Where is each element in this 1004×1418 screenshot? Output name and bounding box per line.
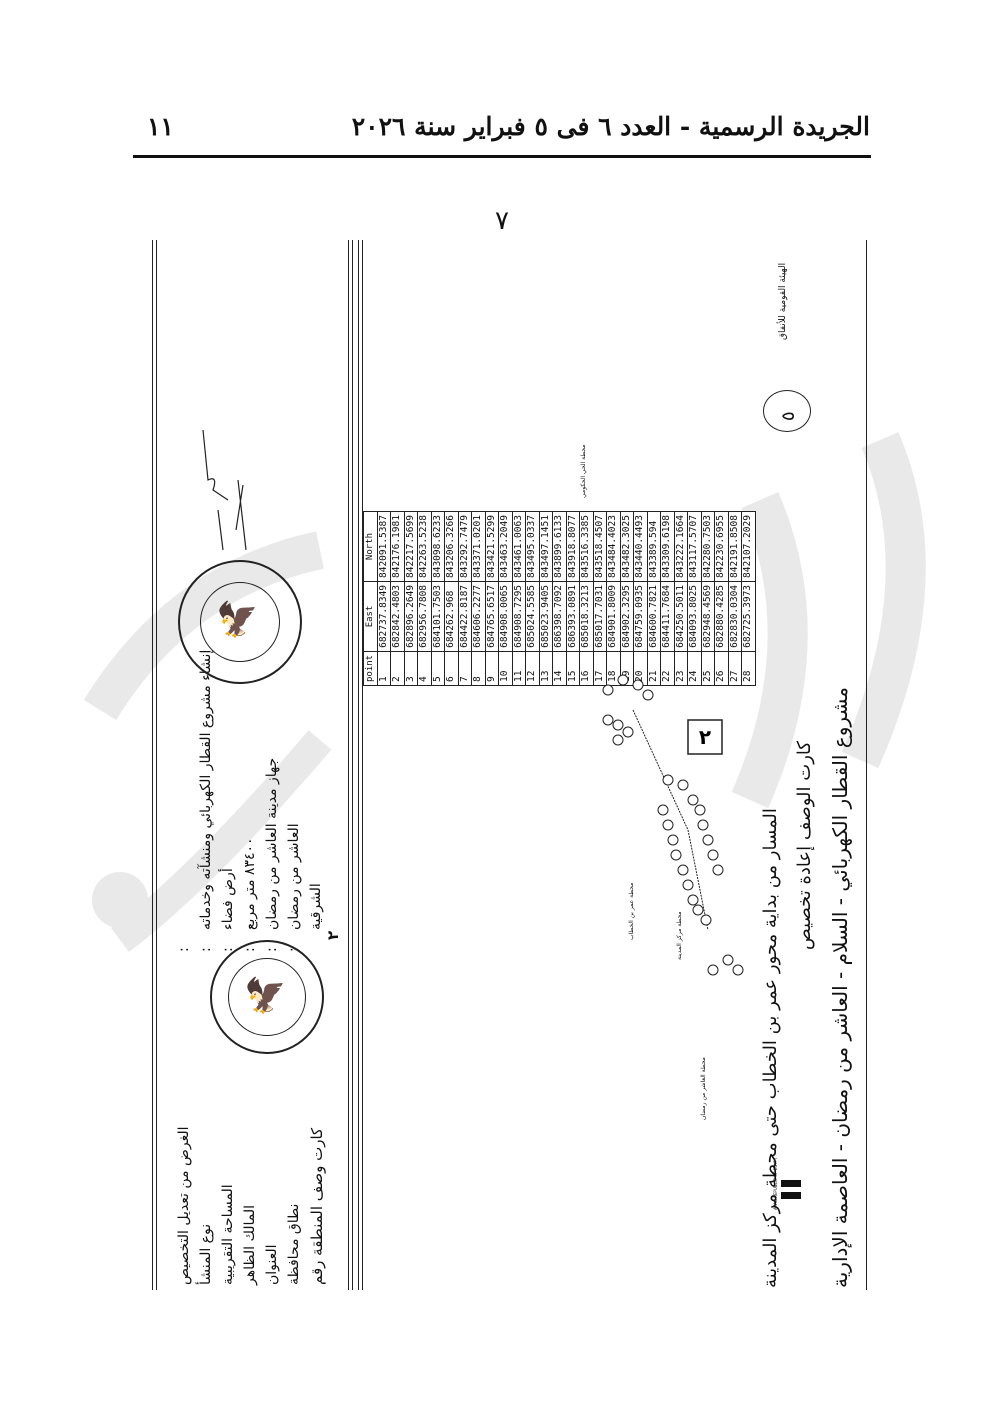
page-number: ١١ [147,112,174,141]
table-cell: 686393.0891 [566,581,580,651]
table-cell: 684262.968 [445,581,459,651]
table-cell: 682737.8349 [377,581,391,651]
table-cell: 843292.7479 [458,512,472,582]
table-cell: 684901.8009 [607,581,621,651]
signature [188,420,268,560]
table-cell: 684600.7821 [647,581,661,651]
card-field-value: الشرقية [308,883,324,930]
table-cell: 842176.1981 [391,512,405,582]
frame-line [348,240,349,1290]
table-cell: 684606.2277 [472,581,486,651]
table-cell: 843899.6133 [553,512,567,582]
table-cell: 684411.7684 [661,581,675,651]
card-field-value: إنشاء مشروع القطار الكهربائي ومنشآته وخد… [198,650,214,930]
table-cell: 842191.8508 [728,512,742,582]
frame-line [358,240,359,1290]
card-field-separator: : [198,947,214,952]
card-field-value: جهاز مدينة العاشر من رمضان [264,758,280,930]
table-cell: 7 [458,651,472,685]
table-cell: 843117.5707 [688,512,702,582]
table-cell: 684902.3295 [620,581,634,651]
table-cell: 843497.1451 [539,512,553,582]
card-field-label: نطاق محافظة [286,1204,302,1285]
table-cell: 842107.2029 [742,512,756,582]
table-cell: 842217.5699 [404,512,418,582]
table-cell: 1 [377,651,391,685]
card-field-label: نوع المنشأ [198,1224,214,1285]
eagle-emblem-icon: 🦅 [244,976,286,1016]
table-cell: 14 [553,651,567,685]
table-cell: 843495.0337 [526,512,540,582]
table-cell: 684422.8187 [458,581,472,651]
table-cell: 682830.0304 [728,581,742,651]
table-cell: 11 [512,651,526,685]
table-cell: 843463.2049 [499,512,513,582]
table-cell: 682948.4569 [701,581,715,651]
table-cell: 843440.4493 [634,512,648,582]
table-cell: 13 [539,651,553,685]
gazette-title: الجريدة الرسمية - العدد ٦ فى ٥ فبراير سن… [352,112,870,141]
egypt-flag-logo: ARAB REPUBLIC OF EGYPT [773,1180,803,1210]
handwritten-mark: ٧ [495,206,509,236]
card-field-value: ٨٣٤٠٠ متر مربع [242,837,258,930]
table-row: 7684422.8187843292.7479 [458,512,472,686]
card-field-value: العاشر من رمضان [286,823,302,930]
official-stamp: 🦅 [210,940,324,1054]
table-cell: 5 [431,651,445,685]
table-cell: 682880.4285 [715,581,729,651]
table-row: 14686398.7092843899.6133 [553,512,567,686]
sheet-title-2: كارت الوصف إعادة تخصيص [794,741,815,950]
table-cell: 685024.5585 [526,581,540,651]
table-cell: 685017.7031 [593,581,607,651]
table-cell: 685018.3213 [580,581,594,651]
page-header: الجريدة الرسمية - العدد ٦ فى ٥ فبراير سن… [135,112,870,152]
table-cell: 684908.7295 [512,581,526,651]
table-cell: 843461.0063 [512,512,526,582]
table-cell: 684759.0935 [634,581,648,651]
table-cell: 3 [404,651,418,685]
table-cell: 682842.4803 [391,581,405,651]
table-cell: 684250.5011 [674,581,688,651]
table-cell: 8 [472,651,486,685]
table-cell: 4 [418,651,432,685]
circled-number: ٥ [763,390,811,432]
table-cell: 6 [445,651,459,685]
card-field-label: المساحة التقريبية [220,1184,236,1285]
card-field-separator: : [176,947,192,952]
table-cell: 843421.5299 [485,512,499,582]
table-cell: 682896.2649 [404,581,418,651]
table-cell: 843206.3266 [445,512,459,582]
table-cell: 684101.7503 [431,581,445,651]
card-field-label: العنوان [264,1244,280,1285]
card-heading: كارت وصف المنطقة رقم [308,1128,326,1285]
table-cell: 684765.6517 [485,581,499,651]
frame-line [352,240,353,1290]
table-row: 11684908.7295843461.0063 [512,512,526,686]
table-cell: 843518.4507 [593,512,607,582]
column-header: East [364,581,378,651]
table-cell: 685023.9405 [539,581,553,651]
table-cell: 842230.6955 [715,512,729,582]
table-row: 4682956.7808842263.5238 [418,512,432,686]
sheet-title-3: المسار من بداية محور عمر بن الخطاب حتى م… [760,808,781,1288]
table-row: 3682896.2649842217.5699 [404,512,418,686]
table-row: 6684262.968843206.3266 [445,512,459,686]
sheet-title-1: مشروع القطار الكهربائي - السلام - العاشر… [828,687,852,1288]
table-row: 15686393.0891843918.8077 [566,512,580,686]
map-label: محطة العاشر من رمضان [700,1057,707,1120]
table-row: 5684101.7503843098.6233 [431,512,445,686]
official-stamp: 🦅 [178,560,302,684]
map-label: محطة عمر بن الخطاب [628,883,635,940]
table-cell: 10 [499,651,513,685]
route-diagram: ٢ [588,660,748,990]
table-row: 9684765.6517843421.5299 [485,512,499,686]
header-rule [133,155,871,158]
card-field-label: المالك الظاهر [242,1205,258,1285]
table-cell: 843389.594 [647,512,661,582]
table-cell: 843309.6198 [661,512,675,582]
table-cell: 12 [526,651,540,685]
table-cell: 843516.3385 [580,512,594,582]
frame-line [866,240,867,1290]
column-header: North [364,512,378,582]
table-row: 10684908.0065843463.2049 [499,512,513,686]
table-cell: 842280.7503 [701,512,715,582]
table-cell: 843222.1664 [674,512,688,582]
table-row: 13685023.9405843497.1451 [539,512,553,686]
table-cell: 2 [391,651,405,685]
frame-line [156,240,157,1290]
table-cell: 843371.0201 [472,512,486,582]
table-cell: 15 [566,651,580,685]
map-label: محطة مركز المدينة [676,911,683,960]
table-cell: 843484.4023 [607,512,621,582]
table-cell: 843098.6233 [431,512,445,582]
zone-number: ٢ [324,931,342,940]
table-cell: 684908.0065 [499,581,513,651]
frame-line [152,240,153,1290]
allocation-sheet: مشروع القطار الكهربائي - السلام - العاشر… [148,240,868,1290]
table-cell: 843482.3025 [620,512,634,582]
table-cell: 842091.5387 [377,512,391,582]
table-row: 8684606.2277843371.0201 [472,512,486,686]
table-cell: 843918.8077 [566,512,580,582]
card-field-value: أرض فضاء [220,868,236,930]
table-row: 12685024.5585843495.0337 [526,512,540,686]
authority-logo: الهيئة القومية للأنفاق [778,263,788,340]
table-row: 1682737.8349842091.5387 [377,512,391,686]
table-cell: 686398.7092 [553,581,567,651]
map-label: محطة الحي الحكومي [580,445,587,498]
column-header: point [364,651,378,685]
eagle-emblem-icon: 🦅 [216,600,258,640]
table-row: 2682842.4803842176.1981 [391,512,405,686]
frame-line [362,240,363,1290]
table-cell: 842263.5238 [418,512,432,582]
table-cell: 682956.7808 [418,581,432,651]
diagram-box-label: ٢ [699,725,711,749]
card-field-label: الغرض من تعديل التخصيص [176,1127,192,1286]
table-cell: 684093.8025 [688,581,702,651]
table-cell: 682725.3973 [742,581,756,651]
table-cell: 9 [485,651,499,685]
